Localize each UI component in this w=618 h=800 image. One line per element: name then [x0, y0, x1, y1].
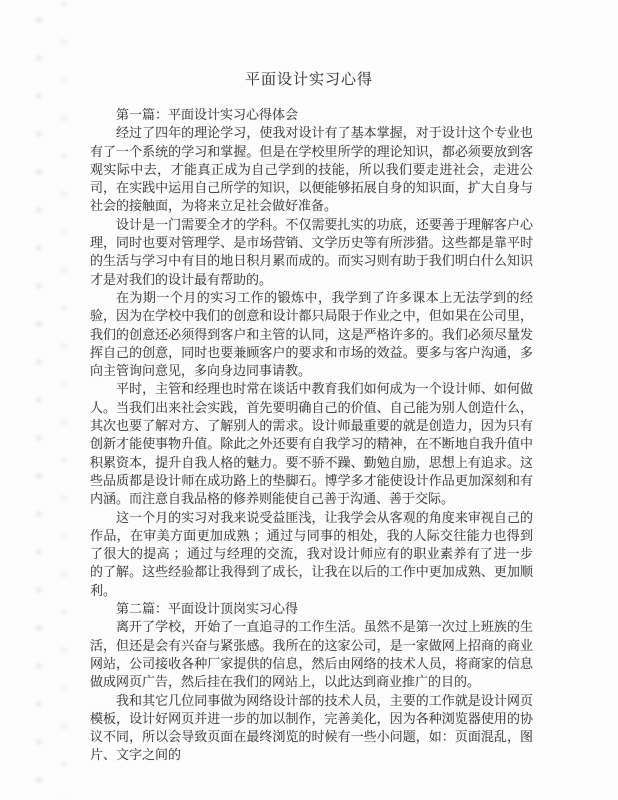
section-heading: 第一篇：平面设计实习心得体会 — [90, 106, 533, 124]
scan-artifacts — [26, 0, 78, 800]
paragraph: 经过了四年的理论学习，使我对设计有了基本掌握，对于设计这个专业也有了一个系统的学… — [90, 124, 533, 215]
paragraph: 在为期一个月的实习工作的锻炼中，我学到了许多课本上无法学到的经验，因为在学校中我… — [90, 289, 533, 380]
paragraph: 这一个月的实习对我来说受益匪浅，让我学会从客观的角度来审视自己的作品，在审美方面… — [90, 509, 533, 600]
document-page: 平面设计实习心得 第一篇：平面设计实习心得体会经过了四年的理论学习，使我对设计有… — [0, 0, 618, 800]
document-body: 第一篇：平面设计实习心得体会经过了四年的理论学习，使我对设计有了基本掌握，对于设… — [90, 106, 533, 765]
section-heading: 第二篇：平面设计顶岗实习心得 — [90, 600, 533, 618]
paragraph: 设计是一门需要全才的学科。不仅需要扎实的功底，还要善于理解客户心理，同时也要对管… — [90, 216, 533, 289]
paragraph: 平时，主管和经理也时常在谈话中教育我们如何成为一个设计师、如何做人。当我们出来社… — [90, 380, 533, 508]
paragraph: 我和其它几位同事做为网络设计部的技术人员，主要的工作就是设计网页模板，设计好网页… — [90, 692, 533, 765]
paragraph: 离开了学校，开始了一直追寻的工作生活。虽然不是第一次过上班族的生活，但还是会有兴… — [90, 618, 533, 691]
document-title: 平面设计实习心得 — [0, 0, 618, 91]
